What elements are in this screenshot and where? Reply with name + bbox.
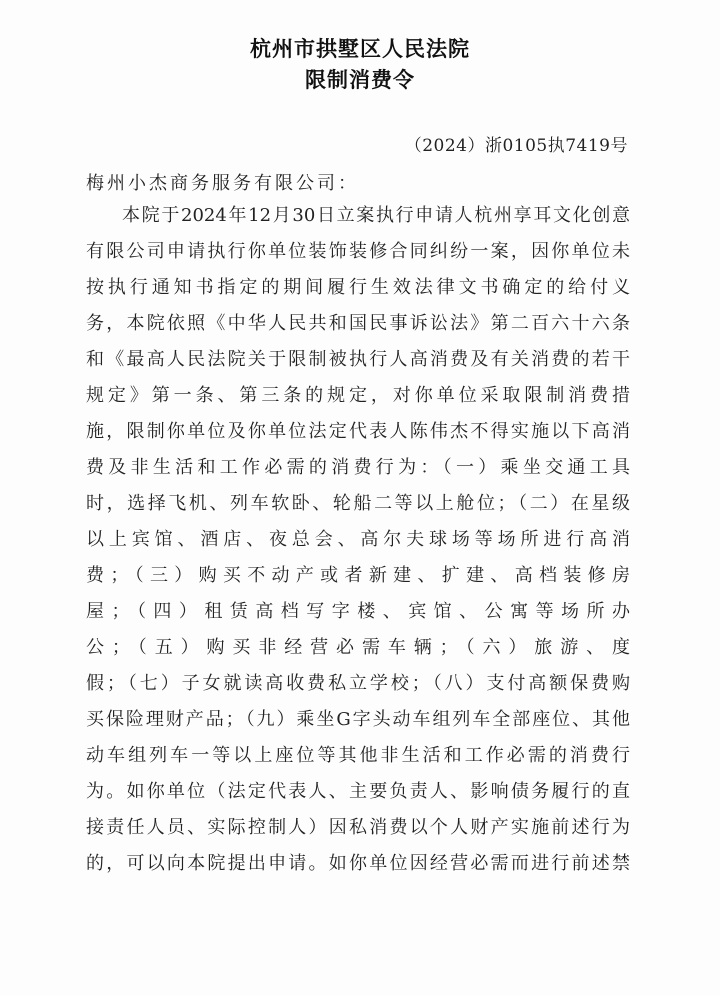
case-number: （2024）浙0105执7419号 <box>405 131 628 156</box>
document-body: 本院于2024年12月30日立案执行申请人杭州享耳文化创意 有限公司申请执行你单… <box>86 204 630 888</box>
body-line: 和《最高人民法院关于限制被执行人高消费及有关消费的若干 <box>86 348 630 384</box>
body-line: 为。如你单位（法定代表人、主要负责人、影响债务履行的直 <box>86 780 630 816</box>
body-line: 公；（五）购买非经营必需车辆；（六）旅游、度 <box>86 636 630 672</box>
document-page: 杭州市拱墅区人民法院 限制消费令 （2024）浙0105执7419号 梅州小杰商… <box>0 0 720 995</box>
body-line: 的，可以向本院提出申请。如你单位因经营必需而进行前述禁 <box>86 852 630 888</box>
body-line: 有限公司申请执行你单位装饰装修合同纠纷一案，因你单位未 <box>86 240 630 276</box>
body-line: 费；（三）购买不动产或者新建、扩建、高档装修房 <box>86 564 630 600</box>
body-line: 屋；（四）租赁高档写字楼、宾馆、公寓等场所办 <box>86 600 630 636</box>
document-title: 限制消费令 <box>0 64 720 94</box>
body-line: 动车组列车一等以上座位等其他非生活和工作必需的消费行 <box>86 744 630 780</box>
body-line: 施，限制你单位及你单位法定代表人陈伟杰不得实施以下高消 <box>86 420 630 456</box>
body-line: 假；（七）子女就读高收费私立学校；（八）支付高额保费购 <box>86 672 630 708</box>
body-line: 时，选择飞机、列车软卧、轮船二等以上舱位；（二）在星级 <box>86 492 630 528</box>
body-line: 按执行通知书指定的期间履行生效法律文书确定的给付义 <box>86 276 630 312</box>
court-name: 杭州市拱墅区人民法院 <box>0 33 720 63</box>
body-line: 本院于2024年12月30日立案执行申请人杭州享耳文化创意 <box>86 204 630 240</box>
body-line: 费及非生活和工作必需的消费行为：（一）乘坐交通工具 <box>86 456 630 492</box>
addressee: 梅州小杰商务服务有限公司： <box>86 169 359 195</box>
body-line: 接责任人员、实际控制人）因私消费以个人财产实施前述行为 <box>86 816 630 852</box>
body-line: 务，本院依照《中华人民共和国民事诉讼法》第二百六十六条 <box>86 312 630 348</box>
body-line: 以上宾馆、酒店、夜总会、高尔夫球场等场所进行高消 <box>86 528 630 564</box>
body-line: 买保险理财产品；（九）乘坐G字头动车组列车全部座位、其他 <box>86 708 630 744</box>
body-line: 规定》第一条、第三条的规定，对你单位采取限制消费措 <box>86 384 630 420</box>
